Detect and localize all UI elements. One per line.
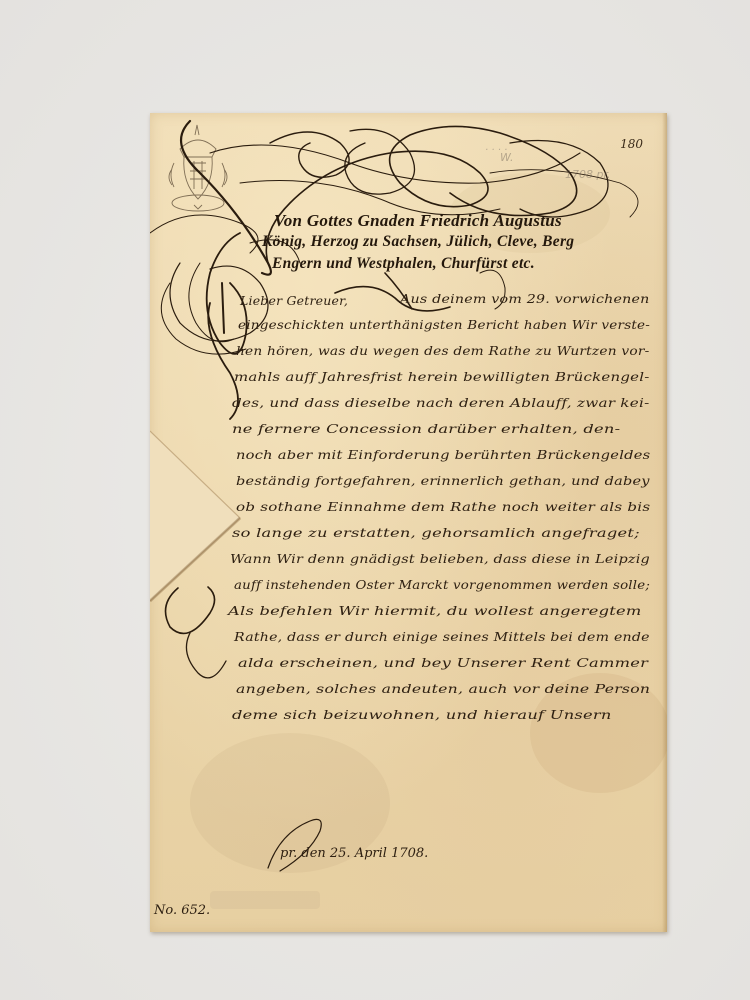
title-line-1: Von Gottes Gnaden Friedrich Augustus: [274, 211, 562, 231]
body-line: des, und dass dieselbe nach deren Ablauf…: [232, 395, 649, 410]
body-line: alda erscheinen, und bey Unserer Rent Ca…: [238, 655, 648, 670]
pencil-annotation: 1708 pr.: [565, 168, 610, 181]
body-line: eingeschickten unterthänigsten Bericht h…: [238, 317, 650, 332]
folio-number: 180: [620, 137, 643, 151]
body-line: Als befehlen Wir hiermit, du wollest ang…: [228, 603, 642, 618]
page-edge: [662, 113, 667, 932]
archive-number: No. 652.: [154, 903, 210, 918]
bleed-through-text: [210, 891, 320, 909]
body-line: noch aber mit Einforderung berührten Brü…: [236, 447, 650, 462]
title-line-3: Engern und Westphalen, Churfürst etc.: [272, 255, 535, 273]
body-line: ob sothane Einnahme dem Rathe noch weite…: [236, 499, 650, 514]
body-line: so lange zu erstatten, gehorsamlich ange…: [232, 525, 640, 540]
body-line: ne fernere Concession darüber erhalten, …: [232, 421, 620, 436]
title-line-2: König, Herzog zu Sachsen, Jülich, Cleve,…: [262, 233, 574, 251]
body-line: Aus deinem vom 29. vorwichenen: [400, 291, 650, 306]
body-line: angeben, solches andeuten, auch vor dein…: [236, 681, 650, 696]
body-line: auff instehenden Oster Marckt vorgenomme…: [234, 577, 650, 592]
body-line: Rathe, dass er durch einige seines Mitte…: [234, 629, 650, 644]
body-line: beständig fortgefahren, erinnerlich geth…: [236, 473, 650, 488]
salutation: Lieber Getreuer,: [240, 293, 348, 308]
body-line: Wann Wir denn gnädigst belieben, dass di…: [230, 551, 650, 566]
body-line: mahls auff Jahresfrist herein bewilligte…: [234, 369, 650, 384]
body-line: hen hören, was du wegen des dem Rathe zu…: [236, 343, 649, 358]
receipt-note: pr. den 25. April 1708.: [280, 846, 428, 861]
pencil-annotation: W.: [500, 151, 513, 164]
manuscript-page: · · · · 180 W. 1708 pr. Von Gottes Gnade…: [150, 113, 667, 932]
folded-corner: [150, 431, 240, 601]
body-line: deme sich beizuwohnen, und hierauf Unser…: [232, 707, 612, 722]
crowned-coat-of-arms-icon: [169, 125, 227, 211]
